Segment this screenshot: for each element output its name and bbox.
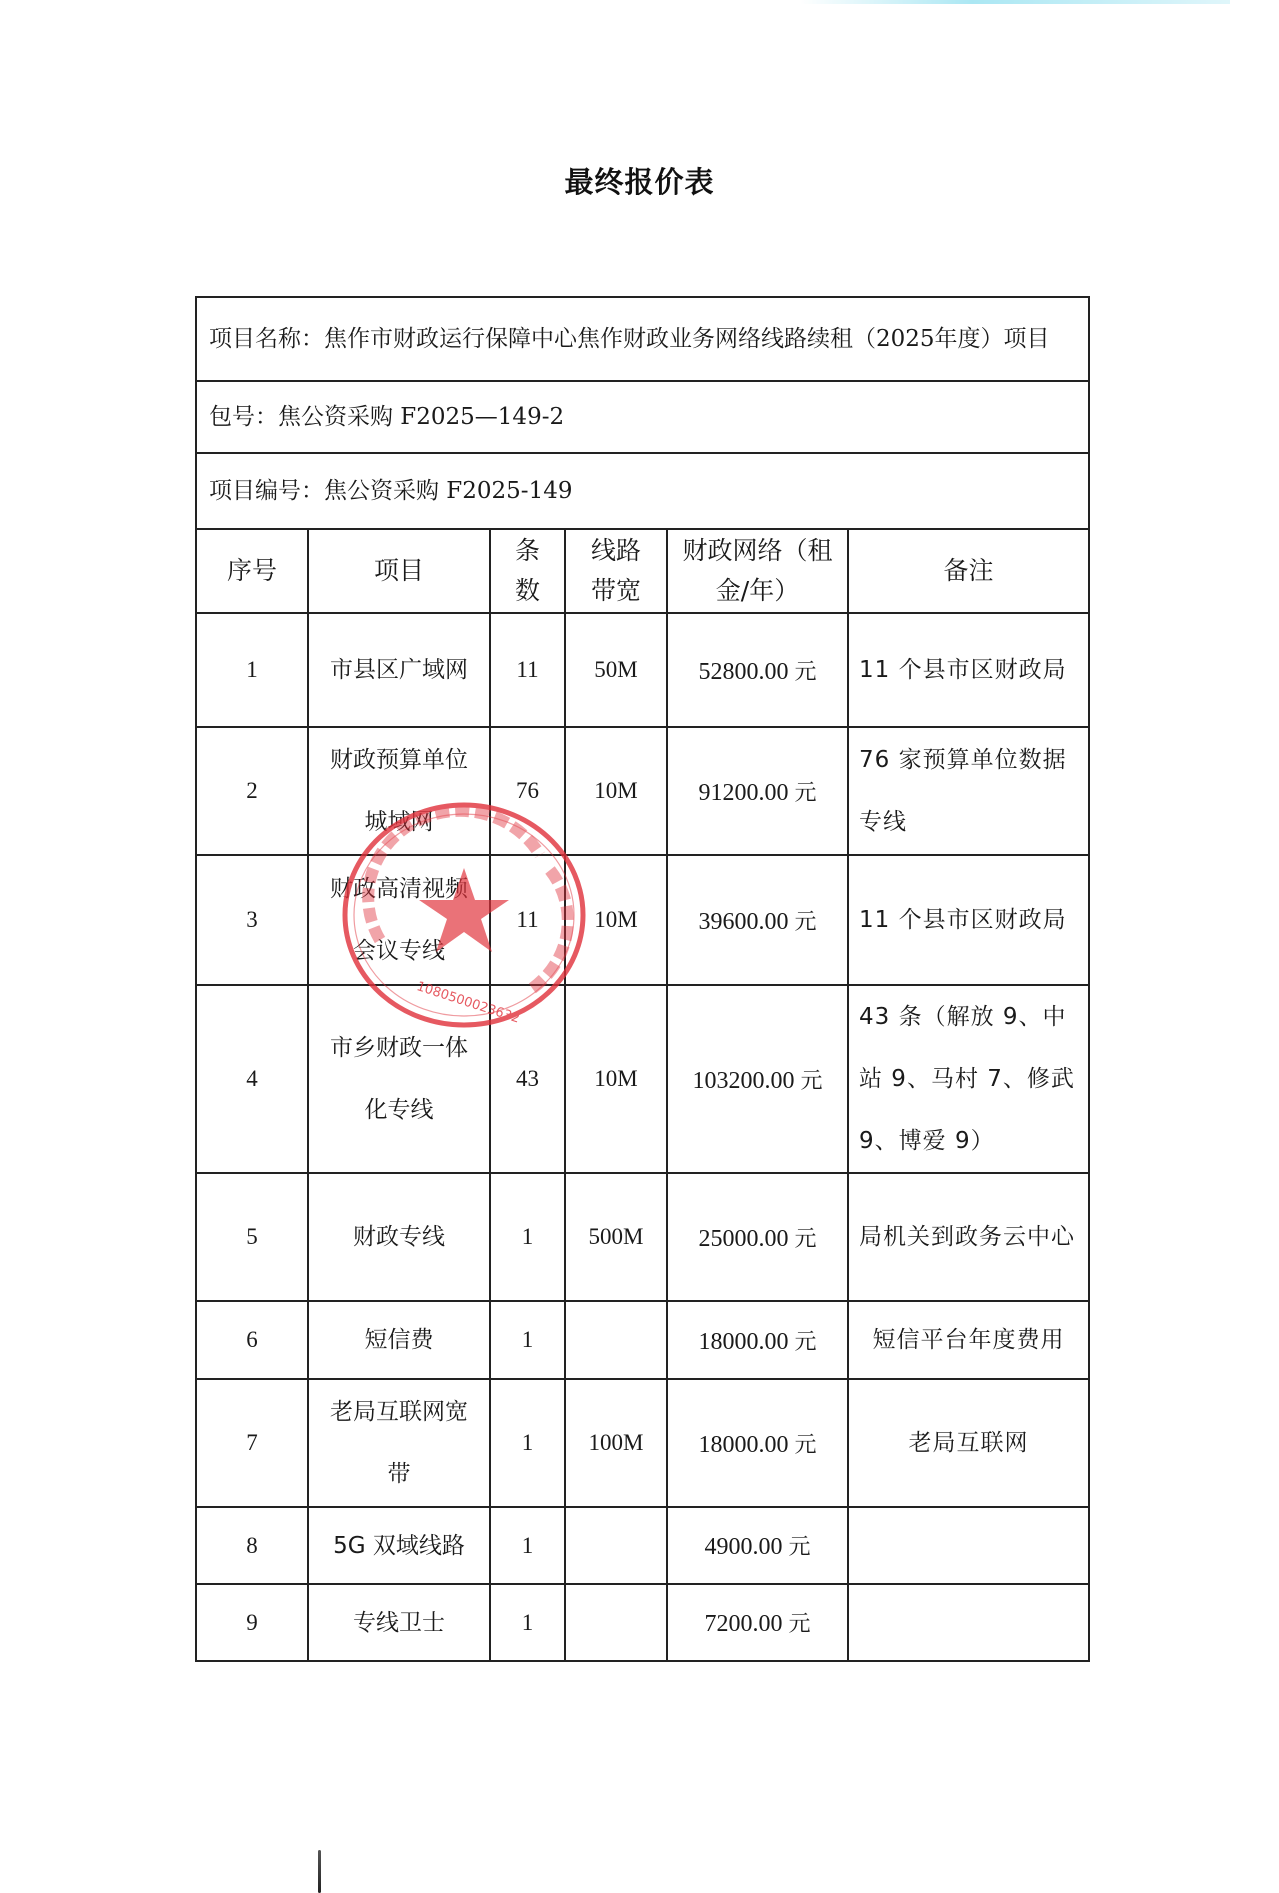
price-value: 4900.00 [704, 1534, 782, 1560]
header-seq: 序号 [196, 529, 308, 613]
price-value: 39600.00 [698, 909, 788, 935]
price-unit: 元 [794, 660, 816, 685]
package-cell: 包号：焦公资采购 F2025—149-2 [196, 381, 1089, 453]
row-seq: 1 [196, 613, 308, 727]
row-bandwidth: 10M [565, 985, 667, 1173]
table-row: 1 市县区广域网 11 50M 52800.00 元 11 个县市区财政局 [196, 613, 1089, 727]
row-count: 1 [490, 1584, 565, 1661]
row-remark: 76 家预算单位数据专线 [848, 727, 1089, 855]
row-item: 市县区广域网 [308, 613, 490, 727]
row-price: 91200.00 元 [667, 727, 848, 855]
row-remark: 局机关到政务云中心 [848, 1173, 1089, 1301]
row-remark: 43 条（解放 9、中站 9、马村 7、修武 9、博爱 9） [848, 985, 1089, 1173]
row-item: 专线卫士 [308, 1584, 490, 1661]
table-row: 2 财政预算单位城域网 76 10M 91200.00 元 76 家预算单位数据… [196, 727, 1089, 855]
price-unit: 元 [788, 1612, 810, 1637]
row-remark: 老局互联网 [848, 1379, 1089, 1507]
price-unit: 元 [794, 910, 816, 935]
row-item: 短信费 [308, 1301, 490, 1379]
row-remark: 短信平台年度费用 [848, 1301, 1089, 1379]
project-name-cell: 项目名称：焦作市财政运行保障中心焦作财政业务网络线路续租（2025年度）项目 [196, 297, 1089, 381]
price-value: 25000.00 [698, 1226, 788, 1252]
project-no-row: 项目编号：焦公资采购 F2025-149 [196, 453, 1089, 529]
project-no-cell: 项目编号：焦公资采购 F2025-149 [196, 453, 1089, 529]
row-item: 市乡财政一体化专线 [308, 985, 490, 1173]
row-count: 1 [490, 1379, 565, 1507]
row-bandwidth [565, 1507, 667, 1584]
row-count: 76 [490, 727, 565, 855]
project-name-value: 焦作市财政运行保障中心焦作财政业务网络线路续租（2025年度）项目 [324, 326, 1050, 352]
table-row: 4 市乡财政一体化专线 43 10M 103200.00 元 43 条（解放 9… [196, 985, 1089, 1173]
row-count: 11 [490, 855, 565, 985]
price-unit: 元 [794, 1227, 816, 1252]
project-no-value: 焦公资采购 F2025-149 [324, 478, 572, 504]
project-no-label: 项目编号： [209, 478, 324, 504]
row-price: 52800.00 元 [667, 613, 848, 727]
table-row: 6 短信费 1 18000.00 元 短信平台年度费用 [196, 1301, 1089, 1379]
price-unit: 元 [788, 1535, 810, 1560]
row-price: 25000.00 元 [667, 1173, 848, 1301]
row-bandwidth: 50M [565, 613, 667, 727]
header-item: 项目 [308, 529, 490, 613]
row-seq: 4 [196, 985, 308, 1173]
row-item: 财政专线 [308, 1173, 490, 1301]
row-seq: 7 [196, 1379, 308, 1507]
row-seq: 6 [196, 1301, 308, 1379]
row-bandwidth: 100M [565, 1379, 667, 1507]
row-price: 39600.00 元 [667, 855, 848, 985]
pen-mark [318, 1850, 321, 1893]
price-unit: 元 [794, 1433, 816, 1458]
row-bandwidth [565, 1301, 667, 1379]
row-seq: 3 [196, 855, 308, 985]
row-count: 1 [490, 1507, 565, 1584]
project-name-row: 项目名称：焦作市财政运行保障中心焦作财政业务网络线路续租（2025年度）项目 [196, 297, 1089, 381]
package-value: 焦公资采购 F2025—149-2 [278, 404, 564, 430]
project-name-label: 项目名称： [209, 326, 324, 352]
row-count: 1 [490, 1173, 565, 1301]
row-price: 7200.00 元 [667, 1584, 848, 1661]
row-item: 5G 双域线路 [308, 1507, 490, 1584]
row-bandwidth: 10M [565, 727, 667, 855]
table-row: 9 专线卫士 1 7200.00 元 [196, 1584, 1089, 1661]
row-seq: 8 [196, 1507, 308, 1584]
row-remark: 11 个县市区财政局 [848, 613, 1089, 727]
row-seq: 5 [196, 1173, 308, 1301]
row-item: 老局互联网宽带 [308, 1379, 490, 1507]
table-row: 7 老局互联网宽带 1 100M 18000.00 元 老局互联网 [196, 1379, 1089, 1507]
row-seq: 2 [196, 727, 308, 855]
header-remark: 备注 [848, 529, 1089, 613]
row-price: 18000.00 元 [667, 1301, 848, 1379]
price-value: 7200.00 [704, 1611, 782, 1637]
header-count: 条数 [490, 529, 565, 613]
header-bandwidth: 线路带宽 [565, 529, 667, 613]
table-row: 5 财政专线 1 500M 25000.00 元 局机关到政务云中心 [196, 1173, 1089, 1301]
quote-table: 项目名称：焦作市财政运行保障中心焦作财政业务网络线路续租（2025年度）项目 包… [195, 296, 1090, 1662]
row-count: 1 [490, 1301, 565, 1379]
scan-glare [800, 0, 1230, 4]
row-bandwidth: 10M [565, 855, 667, 985]
row-price: 18000.00 元 [667, 1379, 848, 1507]
package-row: 包号：焦公资采购 F2025—149-2 [196, 381, 1089, 453]
row-bandwidth: 500M [565, 1173, 667, 1301]
row-item: 财政预算单位城域网 [308, 727, 490, 855]
row-count: 43 [490, 985, 565, 1173]
table-header-row: 序号 项目 条数 线路带宽 财政网络（租金/年） 备注 [196, 529, 1089, 613]
row-remark [848, 1507, 1089, 1584]
price-value: 18000.00 [698, 1329, 788, 1355]
row-seq: 9 [196, 1584, 308, 1661]
row-count: 11 [490, 613, 565, 727]
price-unit: 元 [800, 1069, 822, 1094]
package-label: 包号： [209, 404, 278, 430]
table-row: 3 财政高清视频会议专线 11 10M 39600.00 元 11 个县市区财政… [196, 855, 1089, 985]
price-unit: 元 [794, 781, 816, 806]
price-value: 103200.00 [692, 1068, 794, 1094]
price-value: 91200.00 [698, 780, 788, 806]
row-bandwidth [565, 1584, 667, 1661]
price-value: 52800.00 [698, 659, 788, 685]
row-price: 103200.00 元 [667, 985, 848, 1173]
row-remark: 11 个县市区财政局 [848, 855, 1089, 985]
row-price: 4900.00 元 [667, 1507, 848, 1584]
page-title: 最终报价表 [0, 160, 1279, 201]
header-price: 财政网络（租金/年） [667, 529, 848, 613]
row-remark [848, 1584, 1089, 1661]
price-value: 18000.00 [698, 1432, 788, 1458]
table-row: 8 5G 双域线路 1 4900.00 元 [196, 1507, 1089, 1584]
price-unit: 元 [794, 1330, 816, 1355]
row-item: 财政高清视频会议专线 [308, 855, 490, 985]
